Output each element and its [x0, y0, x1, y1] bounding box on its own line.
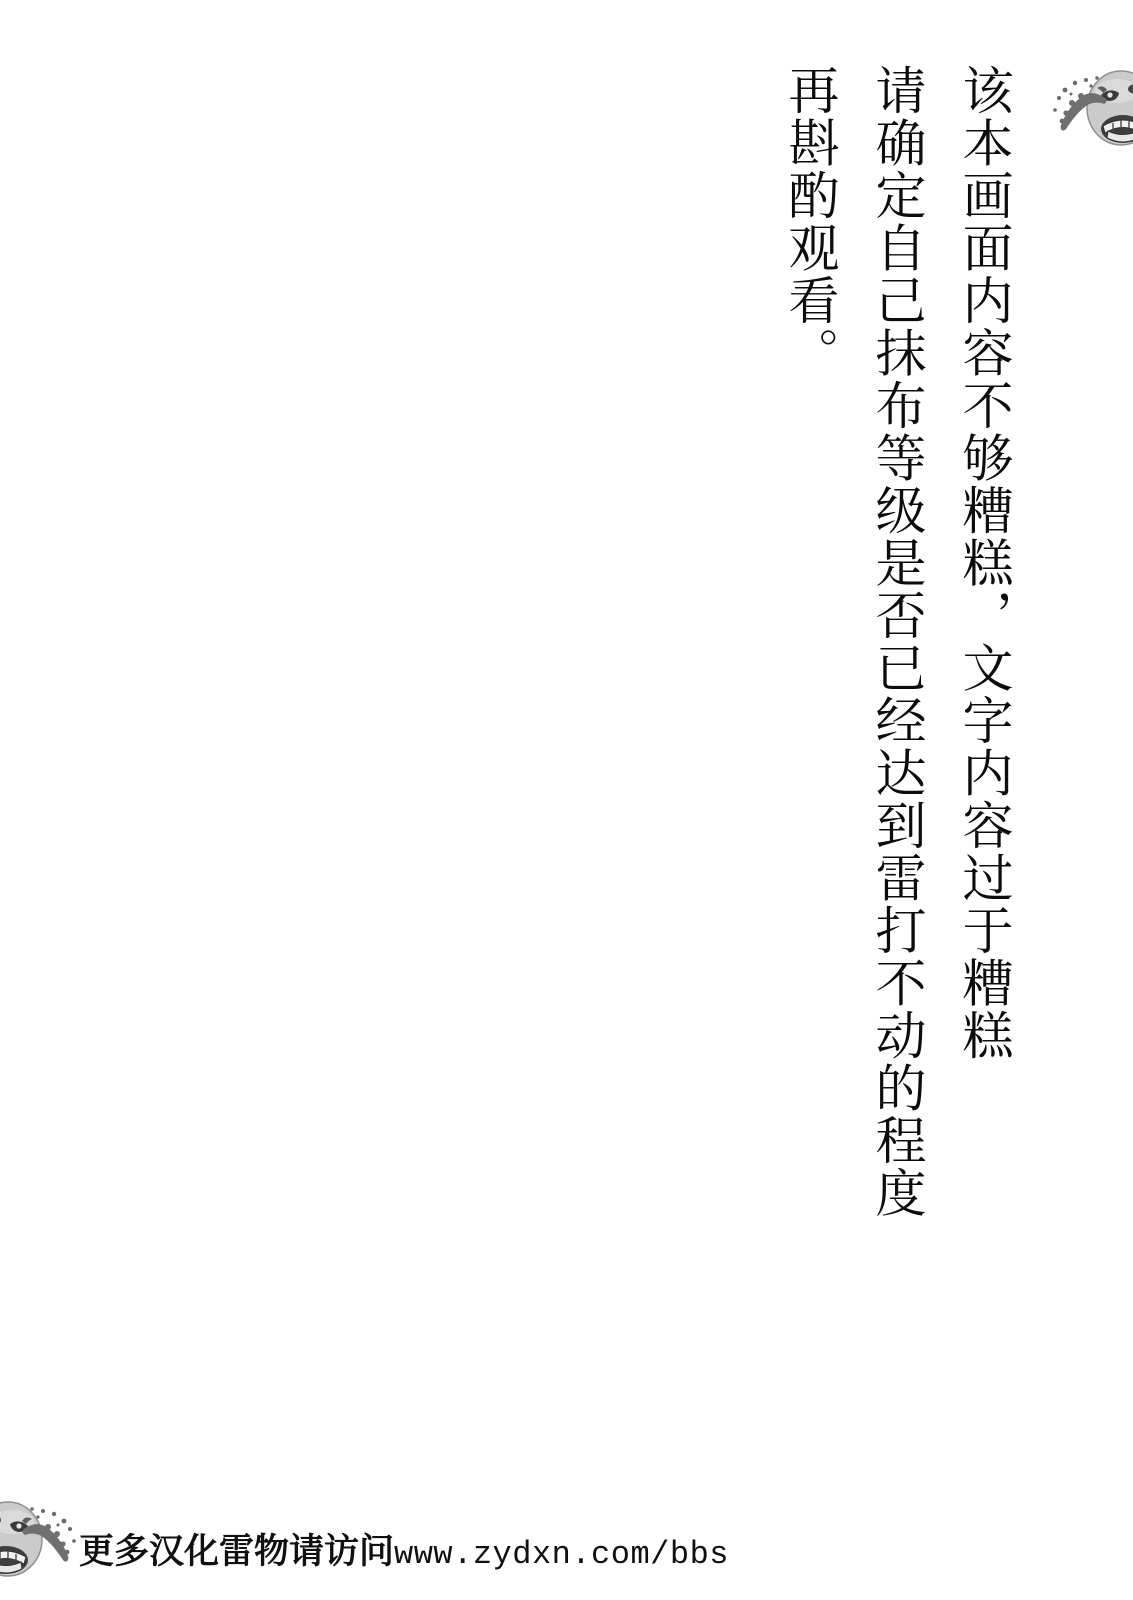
warning-text: 该本画面内容不够糟糕，文字内容过于糟糕 请确定自己抹布等级是否已经达到雷打不动的…	[765, 64, 1026, 1364]
splash-face-icon	[1051, 68, 1133, 148]
footer-url-text: www.zydxn.com/bbs	[394, 1536, 729, 1573]
splash-face-icon-mirrored	[0, 1499, 78, 1579]
footer-text-row: 更多汉化雷物请访问www.zydxn.com/bbs	[79, 1524, 729, 1574]
footer-promo-text: 更多汉化雷物请访问	[79, 1532, 394, 1572]
page: 该本画面内容不够糟糕，文字内容过于糟糕 请确定自己抹布等级是否已经达到雷打不动的…	[0, 0, 1133, 1600]
